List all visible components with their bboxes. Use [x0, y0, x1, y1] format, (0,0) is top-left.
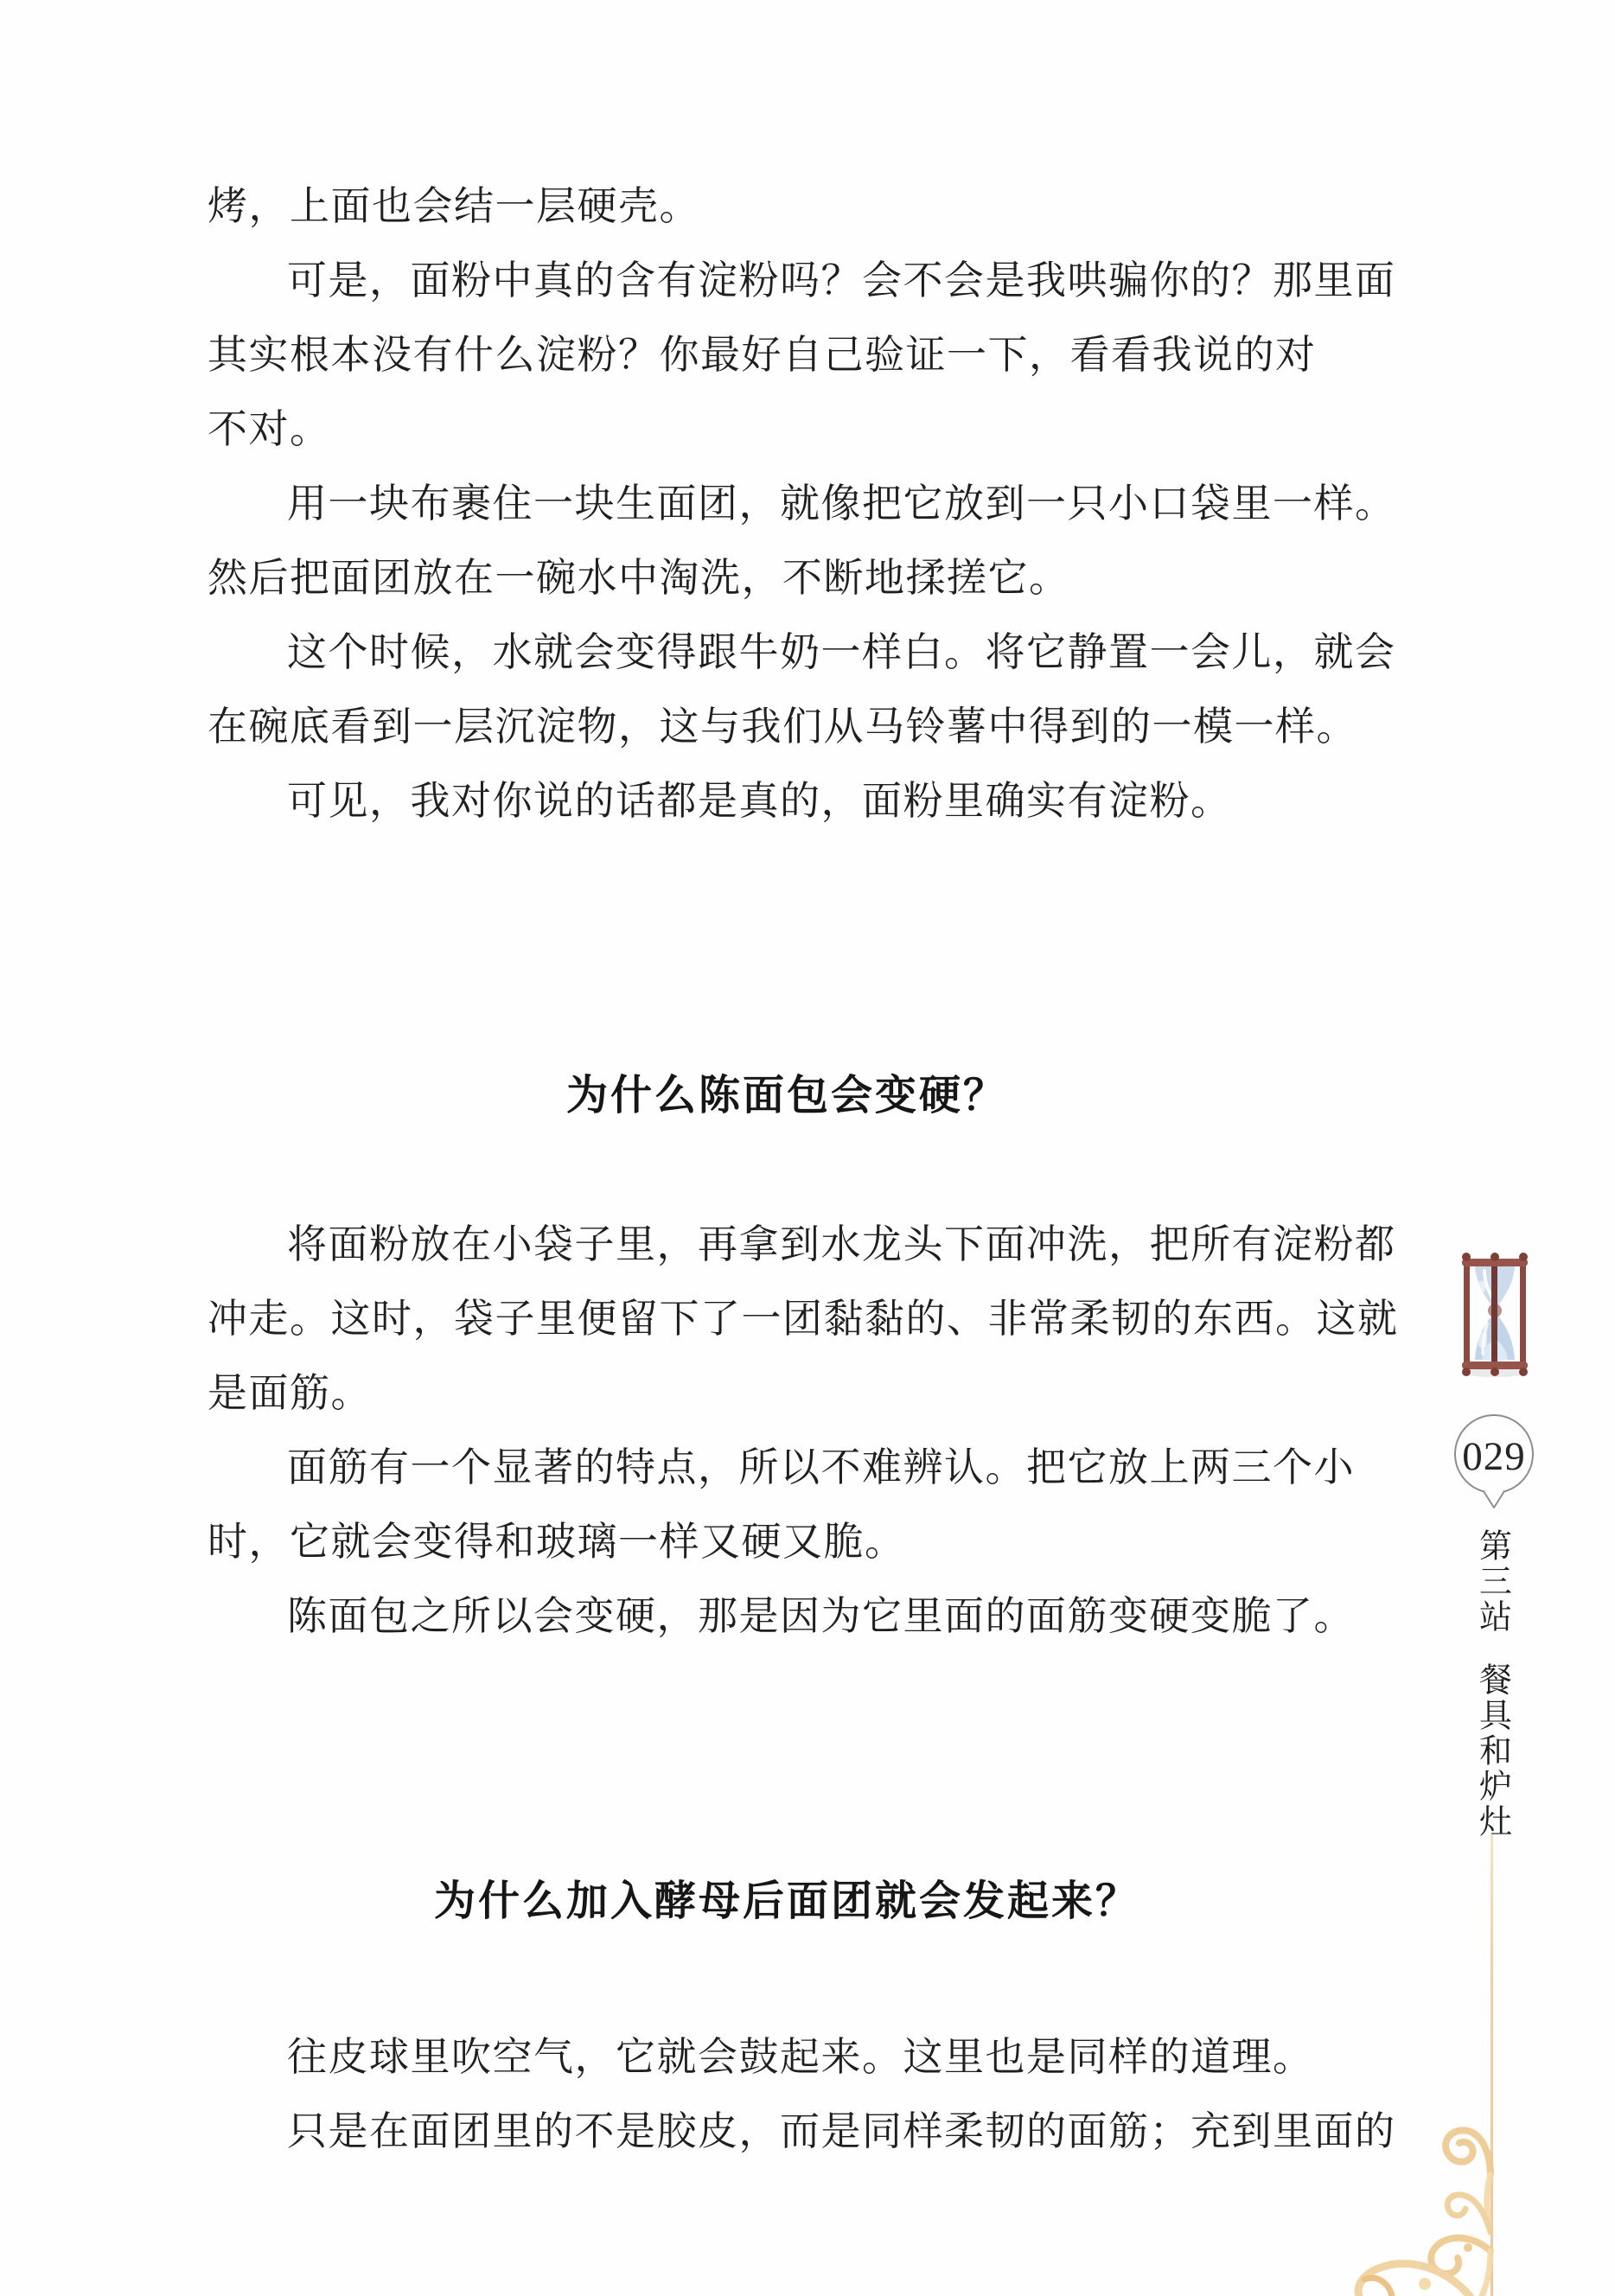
- margin-rule-line: [1491, 1834, 1493, 2296]
- hourglass-icon: [1456, 1250, 1534, 1382]
- paragraph: 只是在面团里的不是胶皮，而是同样柔韧的面筋；充到里面的: [207, 2095, 1366, 2169]
- paragraph: 将面粉放在小袋子里，再拿到水龙头下面冲洗，把所有淀粉都 冲走。这时，袋子里便留下…: [207, 1208, 1366, 1431]
- text-column: 烤，上面也会结一层硬壳。 可是，面粉中真的含有淀粉吗？会不会是我哄骗你的？那里面…: [207, 169, 1366, 2169]
- page-number-badge: 029: [1452, 1413, 1535, 1515]
- book-page: 烤，上面也会结一层硬壳。 可是，面粉中真的含有淀粉吗？会不会是我哄骗你的？那里面…: [0, 0, 1615, 2296]
- section-heading-yeast-dough: 为什么加入酵母后面团就会发起来？: [207, 1865, 1366, 1939]
- paragraph: 往皮球里吹空气，它就会鼓起来。这里也是同样的道理。: [207, 2020, 1366, 2095]
- paragraph: 这个时候，水就会变得跟牛奶一样白。将它静置一会儿，就会 在碗底看到一层沉淀物，这…: [207, 615, 1366, 764]
- chapter-station: 第三站: [1469, 1528, 1516, 1635]
- page-number: 029: [1452, 1433, 1535, 1480]
- paragraph-continuation: 烤，上面也会结一层硬壳。: [207, 169, 1366, 244]
- speech-bubble-outline: [1452, 1413, 1535, 1515]
- paragraph: 可是，面粉中真的含有淀粉吗？会不会是我哄骗你的？那里面 其实根本没有什么淀粉？你…: [207, 244, 1366, 467]
- paragraph: 面筋有一个显著的特点，所以不难辨认。把它放上两三个小 时，它就会变得和玻璃一样又…: [207, 1431, 1366, 1579]
- paragraph: 陈面包之所以会变硬，那是因为它里面的面筋变硬变脆了。: [207, 1579, 1366, 1654]
- chapter-label: 第三站 餐具和炉灶: [1471, 1528, 1513, 1840]
- paragraph: 可见，我对你说的话都是真的，面粉里确实有淀粉。: [207, 764, 1366, 839]
- chapter-title: 餐具和炉灶: [1469, 1662, 1516, 1840]
- paragraph: 用一块布裹住一块生面团，就像把它放到一只小口袋里一样。 然后把面团放在一碗水中淘…: [207, 467, 1366, 615]
- section-heading-stale-bread: 为什么陈面包会变硬？: [207, 1059, 1366, 1133]
